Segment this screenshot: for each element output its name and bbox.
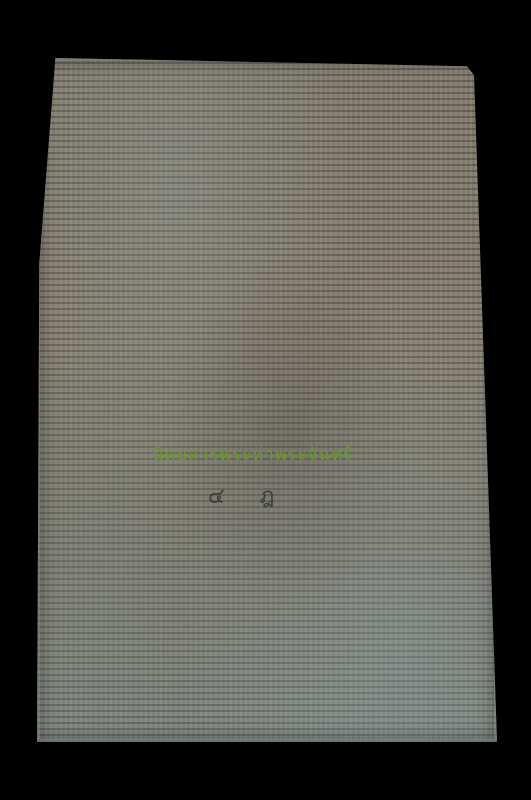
watermark-text: นิตยสารพระท่าพระจันทร์ [152, 441, 392, 468]
engraved-mark: ๔ ฎ [208, 478, 288, 513]
amulet-tablet [37, 58, 497, 742]
